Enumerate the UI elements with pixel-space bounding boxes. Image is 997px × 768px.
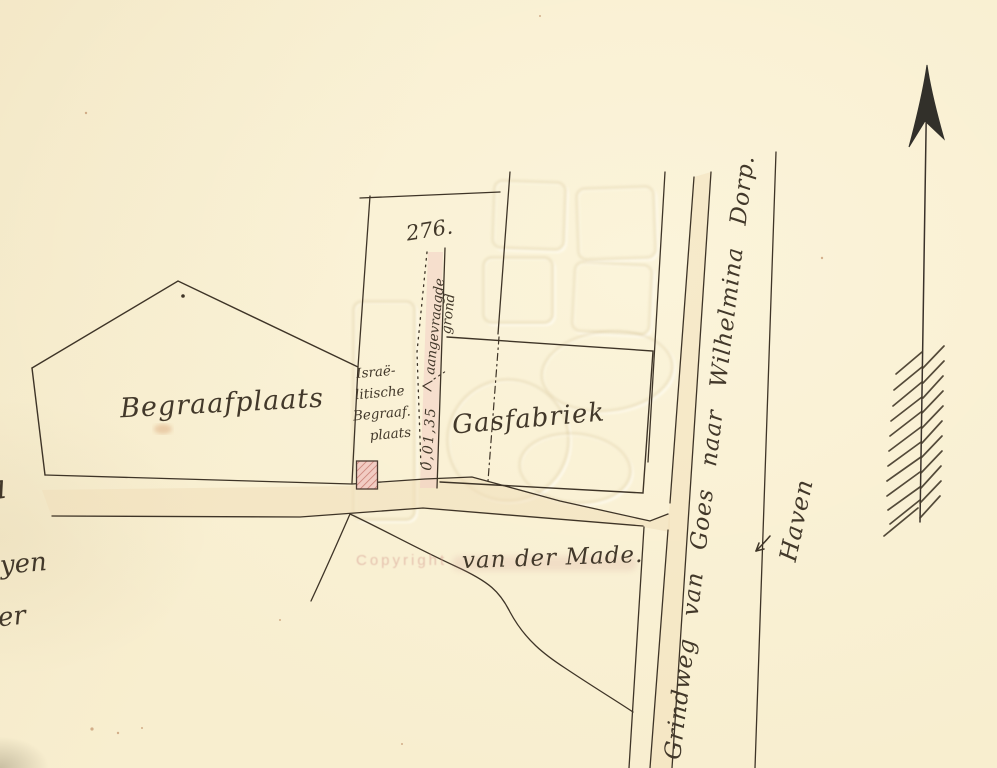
edge-fragment: yen <box>0 547 48 581</box>
building-square <box>357 461 378 489</box>
edge-fragment: er <box>0 601 27 634</box>
survey-dot <box>181 294 185 298</box>
north-arrow <box>884 65 944 536</box>
stain <box>154 424 172 434</box>
israelitische-begraafplaats-label: Israë- litische Begraaf. plaats <box>348 360 413 449</box>
copyright-watermark: Copyright <box>356 552 447 569</box>
north-arrow-fletching <box>884 346 944 536</box>
cemetery-outline <box>32 281 358 475</box>
map-linework <box>0 0 997 768</box>
israelitische-line: plaats <box>369 422 414 447</box>
map-canvas: Copyright Begraafplaats Israë- litische … <box>0 0 997 768</box>
